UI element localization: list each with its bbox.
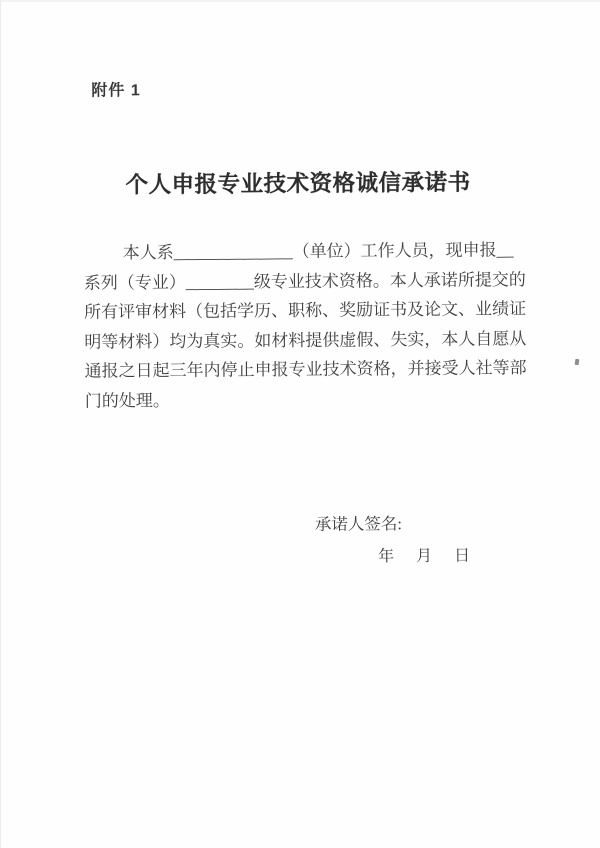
body-line: 系列（专业）________级专业技术资格。本人承诺所提交的 [84, 265, 534, 298]
date-line: 年 月 日 [378, 543, 473, 567]
scan-speck [575, 359, 580, 365]
body-line: 通报之日起三年内停止申报专业技术资格，并接受人社等部 [84, 353, 534, 386]
body-line: 本人系______________（单位）工作人员，现申报__ [84, 235, 534, 268]
body-paragraph: 本人系______________（单位）工作人员，现申报__ 系列（专业）__… [84, 235, 535, 416]
signature-label: 承诺人签名: [315, 510, 402, 535]
body-line: 所有评审材料（包括学历、职称、奖励证书及论文、业绩证 [84, 294, 534, 327]
body-line: 明等材料）均为真实。如材料提供虚假、失实，本人自愿从 [84, 324, 534, 357]
attachment-label: 附件 1 [91, 77, 141, 100]
scanned-page: 附件 1 个人申报专业技术资格诚信承诺书 本人系______________（单… [0, 0, 600, 848]
document-content: 附件 1 个人申报专业技术资格诚信承诺书 本人系______________（单… [0, 0, 600, 848]
document-title: 个人申报专业技术资格诚信承诺书 [0, 164, 598, 201]
body-line: 门的处理。 [85, 383, 535, 416]
